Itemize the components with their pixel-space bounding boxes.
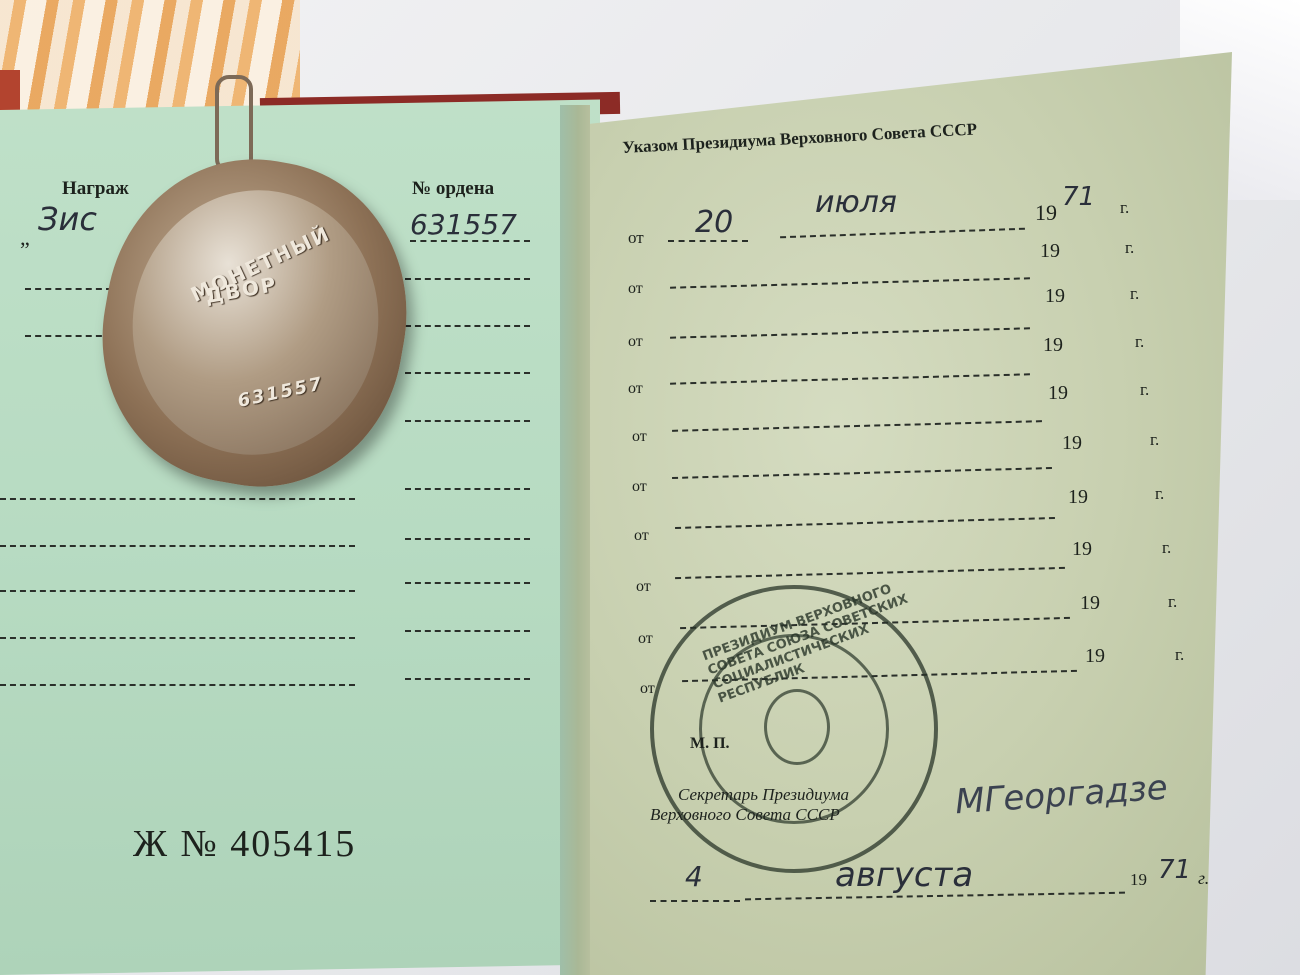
year-prefix: 19	[1068, 486, 1088, 509]
dotted-line	[405, 325, 530, 327]
secretary-title-line2: Верховного Совета СССР	[650, 805, 840, 825]
year-suffix: г.	[1130, 284, 1139, 304]
dotted-line	[405, 630, 530, 632]
year-suffix: г.	[1150, 430, 1159, 450]
dotted-line	[405, 582, 530, 584]
decree-year-suffix: 71	[1062, 182, 1095, 212]
ussr-emblem-icon	[764, 689, 830, 765]
booklet-gutter	[560, 105, 590, 975]
year-suffix: г.	[1135, 332, 1144, 352]
issue-year-suffix: 71	[1158, 855, 1191, 885]
year-prefix: 19	[1048, 382, 1068, 405]
decree-month: июля	[815, 185, 897, 220]
entry-prefix: от	[632, 428, 647, 446]
order-number-handwritten: 631557	[410, 208, 517, 241]
order-number-label: № ордена	[412, 178, 494, 200]
entry-prefix: от	[628, 280, 643, 298]
dotted-line	[405, 420, 530, 422]
year-suffix: г.	[1120, 198, 1129, 218]
entry-prefix: от	[636, 578, 651, 596]
year-suffix: г.	[1168, 592, 1177, 612]
right-page	[572, 52, 1232, 975]
year-suffix: г.	[1125, 238, 1134, 258]
dotted-line	[405, 538, 530, 540]
year-suffix: г.	[1155, 484, 1164, 504]
series-number: Ж № 405415	[133, 822, 356, 866]
handwritten-name: Зис	[38, 200, 97, 238]
decree-day: 20	[695, 205, 733, 240]
issue-month: августа	[835, 855, 973, 895]
entry-prefix: от	[628, 380, 643, 398]
entry-prefix: от	[638, 630, 653, 648]
year-prefix: 19	[1043, 334, 1063, 357]
ribbon-red-stripe	[0, 70, 20, 110]
year-prefix: 19	[1040, 240, 1060, 263]
seal-place-mark: М. П.	[690, 735, 730, 753]
year-suffix: г.	[1162, 538, 1171, 558]
entry-prefix: от	[628, 333, 643, 351]
dotted-line	[405, 678, 530, 680]
official-seal: ПРЕЗИДИУМ ВЕРХОВНОГО СОВЕТА СОЮЗА СОВЕТС…	[650, 585, 938, 873]
medal-ribbon	[0, 0, 300, 110]
year-prefix: 19	[1072, 538, 1092, 561]
issue-day: 4	[685, 860, 703, 893]
entry-prefix: от	[628, 228, 644, 248]
dotted-line	[668, 240, 748, 242]
medal-suspension-ring	[215, 75, 253, 173]
year-prefix: 19	[1085, 645, 1105, 668]
year-prefix: 19	[1062, 432, 1082, 455]
year-suffix: г.	[1175, 645, 1184, 665]
secretary-title-line1: Секретарь Президиума	[678, 785, 849, 805]
entry-prefix: от	[632, 478, 647, 496]
dotted-line	[405, 488, 530, 490]
year-prefix: 19	[1130, 870, 1147, 890]
medal: МОНЕТНЫЙ ДВОР 631557	[105, 160, 415, 490]
year-prefix: 19	[1080, 592, 1100, 615]
dotted-line	[0, 684, 355, 686]
year-prefix: 19	[1045, 285, 1065, 308]
dotted-line	[0, 498, 355, 500]
entry-prefix: от	[634, 527, 649, 545]
dotted-line	[650, 900, 740, 902]
entry-prefix: от	[640, 680, 655, 698]
photo-scene: Награж № ордена „ Зис 631557 Ж № 405415 …	[0, 0, 1300, 975]
quote-mark: „	[20, 225, 30, 251]
year-suffix: г.	[1140, 380, 1149, 400]
order-number-line	[410, 240, 530, 242]
dotted-line	[0, 590, 355, 592]
dotted-line	[405, 372, 530, 374]
year-suffix: г.	[1198, 868, 1209, 889]
dotted-line	[0, 545, 355, 547]
year-prefix: 19	[1035, 200, 1057, 226]
dotted-line	[0, 637, 355, 639]
dotted-line	[405, 278, 530, 280]
